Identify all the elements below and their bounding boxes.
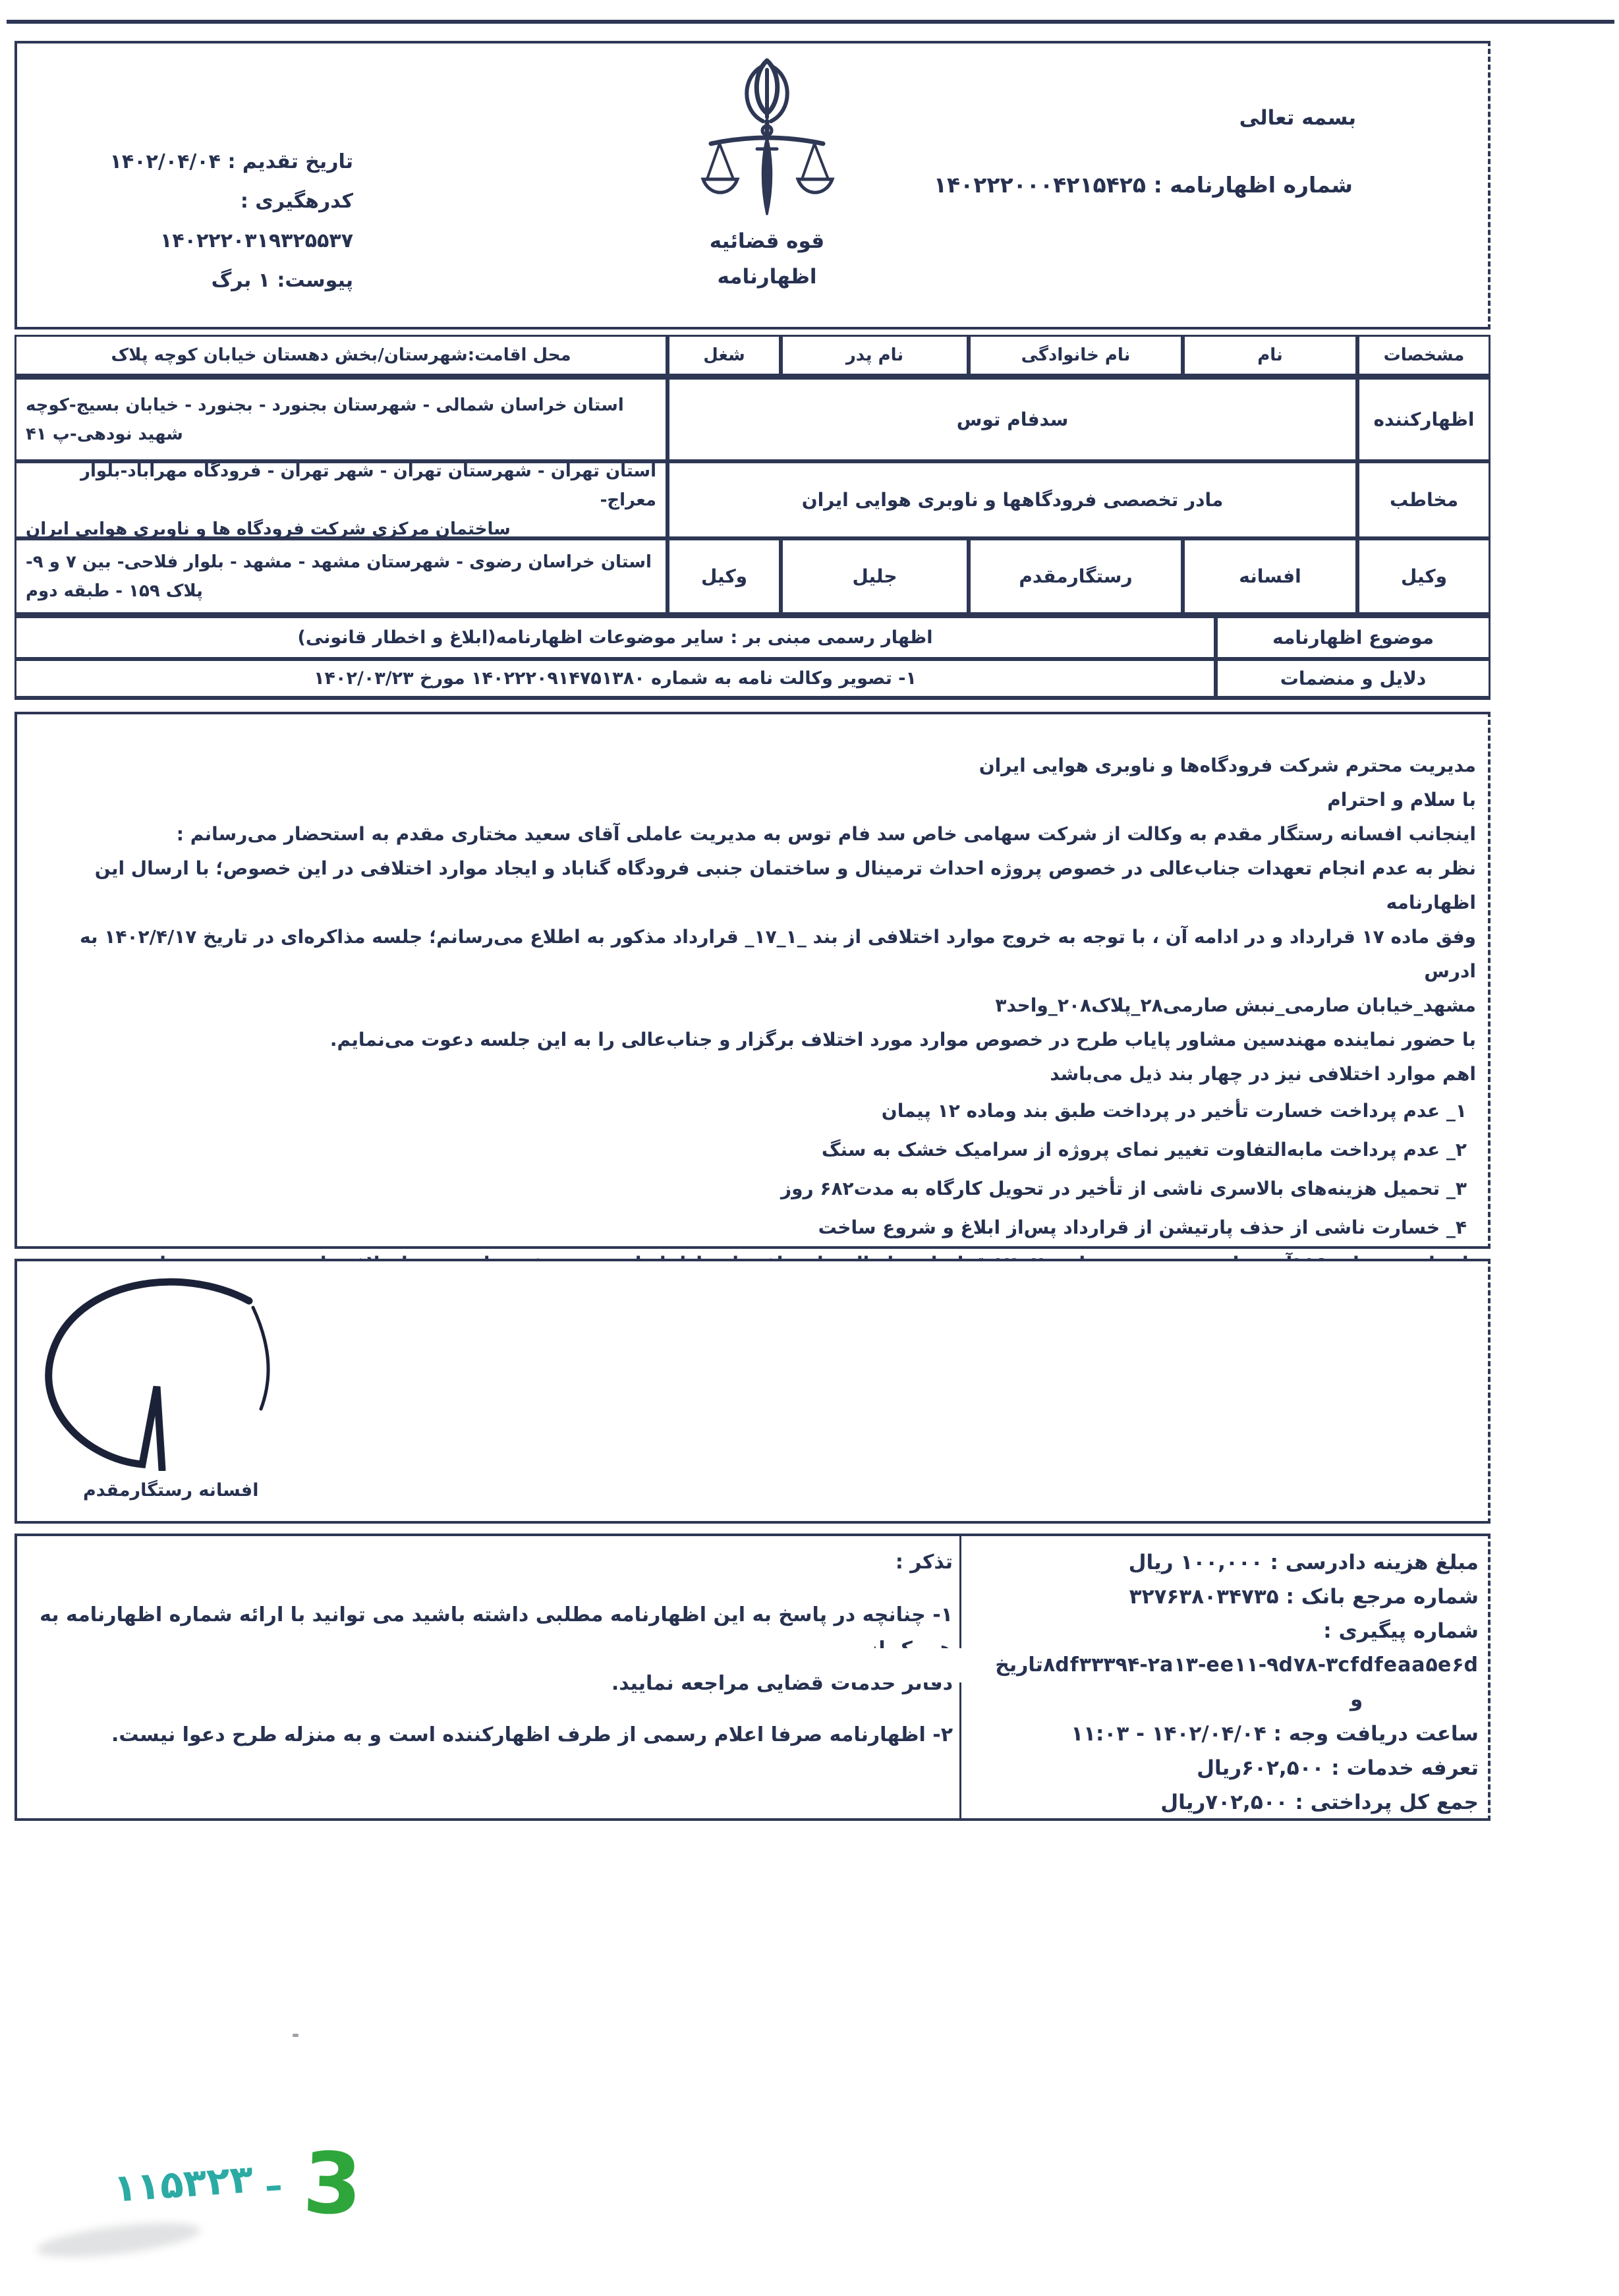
evidence-label: دلایل و منضمات — [1216, 659, 1491, 700]
declarant-name: سدفام توس — [667, 378, 1357, 461]
addressee-address-line1: استان تهران - شهرستان تهران - شهر تهران … — [26, 457, 656, 515]
body-line-item4: ۴_ خسارت ناشی از حذف پارتیشن از قرارداد … — [29, 1208, 1476, 1247]
attorney-first-name: افسانه — [1183, 538, 1357, 616]
tracking-number-suffix: تاریخ — [995, 1653, 1043, 1677]
body-line-text1: نظر به عدم انجام تعهدات جناب‌عالی در خصو… — [29, 851, 1476, 920]
costs-column: مبلغ هزینه دادرسی : ۱۰۰,۰۰۰ ریال شماره م… — [959, 1536, 1488, 1818]
page-number-stamp: 3 — [301, 2134, 363, 2234]
attorney-address: استان خراسان رضوی - شهرستان مشهد - مشهد … — [14, 538, 667, 616]
declarant-address-line2: شهید نودهی-پ ۴۱ — [26, 420, 183, 449]
col-header-job: شغل — [667, 335, 781, 378]
scan-smudge — [35, 2216, 202, 2264]
attorney-father-name: جلیل — [781, 538, 969, 616]
subject-value: اظهار رسمی مبنی بر : سایر موضوعات اظهارن… — [14, 616, 1216, 659]
submit-date: تاریخ تقدیم : ۱۴۰۲/۰۴/۰۴ — [70, 142, 353, 182]
note2: ۲- اظهارنامه صرفا اعلام رسمی از طرف اظها… — [33, 1718, 953, 1752]
declarant-address-line1: استان خراسان شمالی - شهرستان بجنورد - بج… — [26, 391, 624, 420]
attorney-family-name: رستگارمقدم — [969, 538, 1183, 616]
attorney-row-label: وکیل — [1357, 538, 1491, 616]
col-header-father-name: نام پدر — [781, 335, 969, 378]
notes-column: تذکر : ۱- چنانچه در پاسخ به این اظهارنام… — [17, 1536, 965, 1818]
scan-speck — [293, 2034, 298, 2037]
note1-line2: دفاتر خدمات قضایی مراجعه نمایید. — [33, 1667, 953, 1701]
body-line-salutation: مدیریت محترم شرکت فرودگاه‌ها و ناوبری هو… — [29, 749, 1476, 783]
declaration-number-label: شماره اظهارنامه : — [1154, 172, 1353, 198]
header-dates-block: تاریخ تقدیم : ۱۴۰۲/۰۴/۰۴ کدرهگیری : ۱۴۰۲… — [70, 142, 353, 301]
col-header-id: مشخصات — [1357, 335, 1491, 378]
tracking-number-line: ۸df۳۳۳۹۴-۲a۱۳-ee۱۱-۹d۷۸-۳cfdfeaa۵e۶dتاری… — [843, 1648, 1479, 1682]
notes-title: تذکر : — [33, 1545, 953, 1580]
body-line-item2: ۲_ عدم پرداخت مابه‌التفاوت تغییر نمای پر… — [29, 1130, 1476, 1169]
continuation-word: و — [961, 1682, 1479, 1717]
addressee-row-label: مخاطب — [1357, 461, 1491, 538]
addressee-name: مادر تخصصی فرودگاهها و ناوبری هوایی ایرا… — [667, 461, 1357, 538]
addressee-address: استان تهران - شهرستان تهران - شهر تهران … — [14, 461, 667, 538]
tracking-code: کدرهگیری : ۱۴۰۲۲۲۰۳۱۹۳۲۵۵۳۷ — [70, 182, 353, 261]
body-line-meeting-address: مشهد_خیابان صارمی_نبش صارمی۲۸_پلاک۲۰۸_وا… — [29, 989, 1476, 1023]
col-header-family-name: نام خانوادگی — [969, 335, 1183, 378]
document-type-title: اظهارنامه — [668, 265, 866, 289]
bank-reference: شماره مرجع بانک : ۳۲۷۶۳۸۰۳۴۷۳۵ — [961, 1580, 1479, 1614]
footer-box: مبلغ هزینه دادرسی : ۱۰۰,۰۰۰ ریال شماره م… — [14, 1534, 1491, 1821]
authority-title: قوه قضائیه — [668, 229, 866, 253]
bismillah: بسمه تعالی — [1239, 106, 1356, 130]
parties-table: محل اقامت:شهرستان/بخش دهستان خیابان کوچه… — [14, 335, 1491, 700]
page-top-border — [7, 20, 1614, 24]
declaration-number-line: شماره اظهارنامه : ۱۴۰۲۲۲۰۰۰۴۲۱۵۴۲۵ — [934, 172, 1353, 198]
body-line-text2: وفق ماده ۱۷ قرارداد و در ادامه آن ، با ت… — [29, 920, 1476, 989]
col-header-residence: محل اقامت:شهرستان/بخش دهستان خیابان کوچه… — [14, 335, 667, 378]
evidence-value: ۱- تصویر وکالت نامه به شماره ۱۴۰۲۲۲۰۹۱۴۷… — [14, 659, 1216, 700]
scanned-legal-document: تاریخ تقدیم : ۱۴۰۲/۰۴/۰۴ کدرهگیری : ۱۴۰۲… — [0, 0, 1619, 2296]
subject-label: موضوع اظهارنامه — [1216, 616, 1491, 659]
handwritten-archive-number: ۱۱۵۳۲۳ ـ — [112, 2154, 281, 2210]
attorney-job: وکیل — [667, 538, 781, 616]
judiciary-emblem-block: قوه قضائیه اظهارنامه — [668, 57, 866, 289]
body-line-text3: با حضور نماینده مهندسین مشاور پایاب طرح … — [29, 1023, 1476, 1057]
body-line-item1: ۱_ عدم پرداخت خسارت تأخیر در پرداخت طبق … — [29, 1091, 1476, 1130]
declarant-address: استان خراسان شمالی - شهرستان بجنورد - بج… — [14, 378, 667, 461]
declarant-row-label: اظهارکننده — [1357, 378, 1491, 461]
declaration-number-value: ۱۴۰۲۲۲۰۰۰۴۲۱۵۴۲۵ — [934, 172, 1146, 198]
body-line-intro: اینجانب افسانه رستگار مقدم به وکالت از ش… — [29, 817, 1476, 851]
header-box: تاریخ تقدیم : ۱۴۰۲/۰۴/۰۴ کدرهگیری : ۱۴۰۲… — [14, 41, 1491, 330]
col-header-first-name: نام — [1183, 335, 1357, 378]
total-paid: جمع کل پرداختی : ۷۰۲,۵۰۰ریال — [961, 1785, 1479, 1820]
scales-of-justice-icon — [668, 57, 866, 223]
body-line-greeting: با سلام و احترام — [29, 783, 1476, 817]
note1-line1: ۱- چنانچه در پاسخ به این اظهارنامه مطلبی… — [33, 1598, 953, 1667]
receipt-datetime: ساعت دریافت وجه : ۱۴۰۲/۰۴/۰۴ - ۱۱:۰۳ — [961, 1717, 1479, 1751]
attachment-count: پیوست: ۱ برگ — [70, 261, 353, 301]
court-fee: مبلغ هزینه دادرسی : ۱۰۰,۰۰۰ ریال — [961, 1545, 1479, 1580]
service-tariff: تعرفه خدمات : ۶۰۲,۵۰۰ریال — [961, 1751, 1479, 1785]
body-line-item3: ۳_ تحمیل هزینه‌های بالاسری ناشی از تأخیر… — [29, 1169, 1476, 1208]
attorney-address-line1: استان خراسان رضوی - شهرستان مشهد - مشهد … — [26, 548, 652, 577]
handwritten-signature-icon — [25, 1273, 308, 1474]
tracking-label: شماره پیگیری : — [961, 1614, 1479, 1648]
body-line-dispute-intro: اهم موارد اختلافی نیز در چهار بند ذیل می… — [29, 1057, 1476, 1091]
signatory-name: افسانه رستگارمقدم — [83, 1480, 259, 1501]
attorney-address-line2: پلاک ۱۵۹ - طبقه دوم — [26, 577, 203, 606]
tracking-number-value: ۸df۳۳۳۹۴-۲a۱۳-ee۱۱-۹d۷۸-۳cfdfeaa۵e۶d — [1043, 1653, 1479, 1677]
body-text-box: مدیریت محترم شرکت فرودگاه‌ها و ناوبری هو… — [14, 712, 1491, 1249]
signature-box: افسانه رستگارمقدم — [14, 1259, 1491, 1524]
